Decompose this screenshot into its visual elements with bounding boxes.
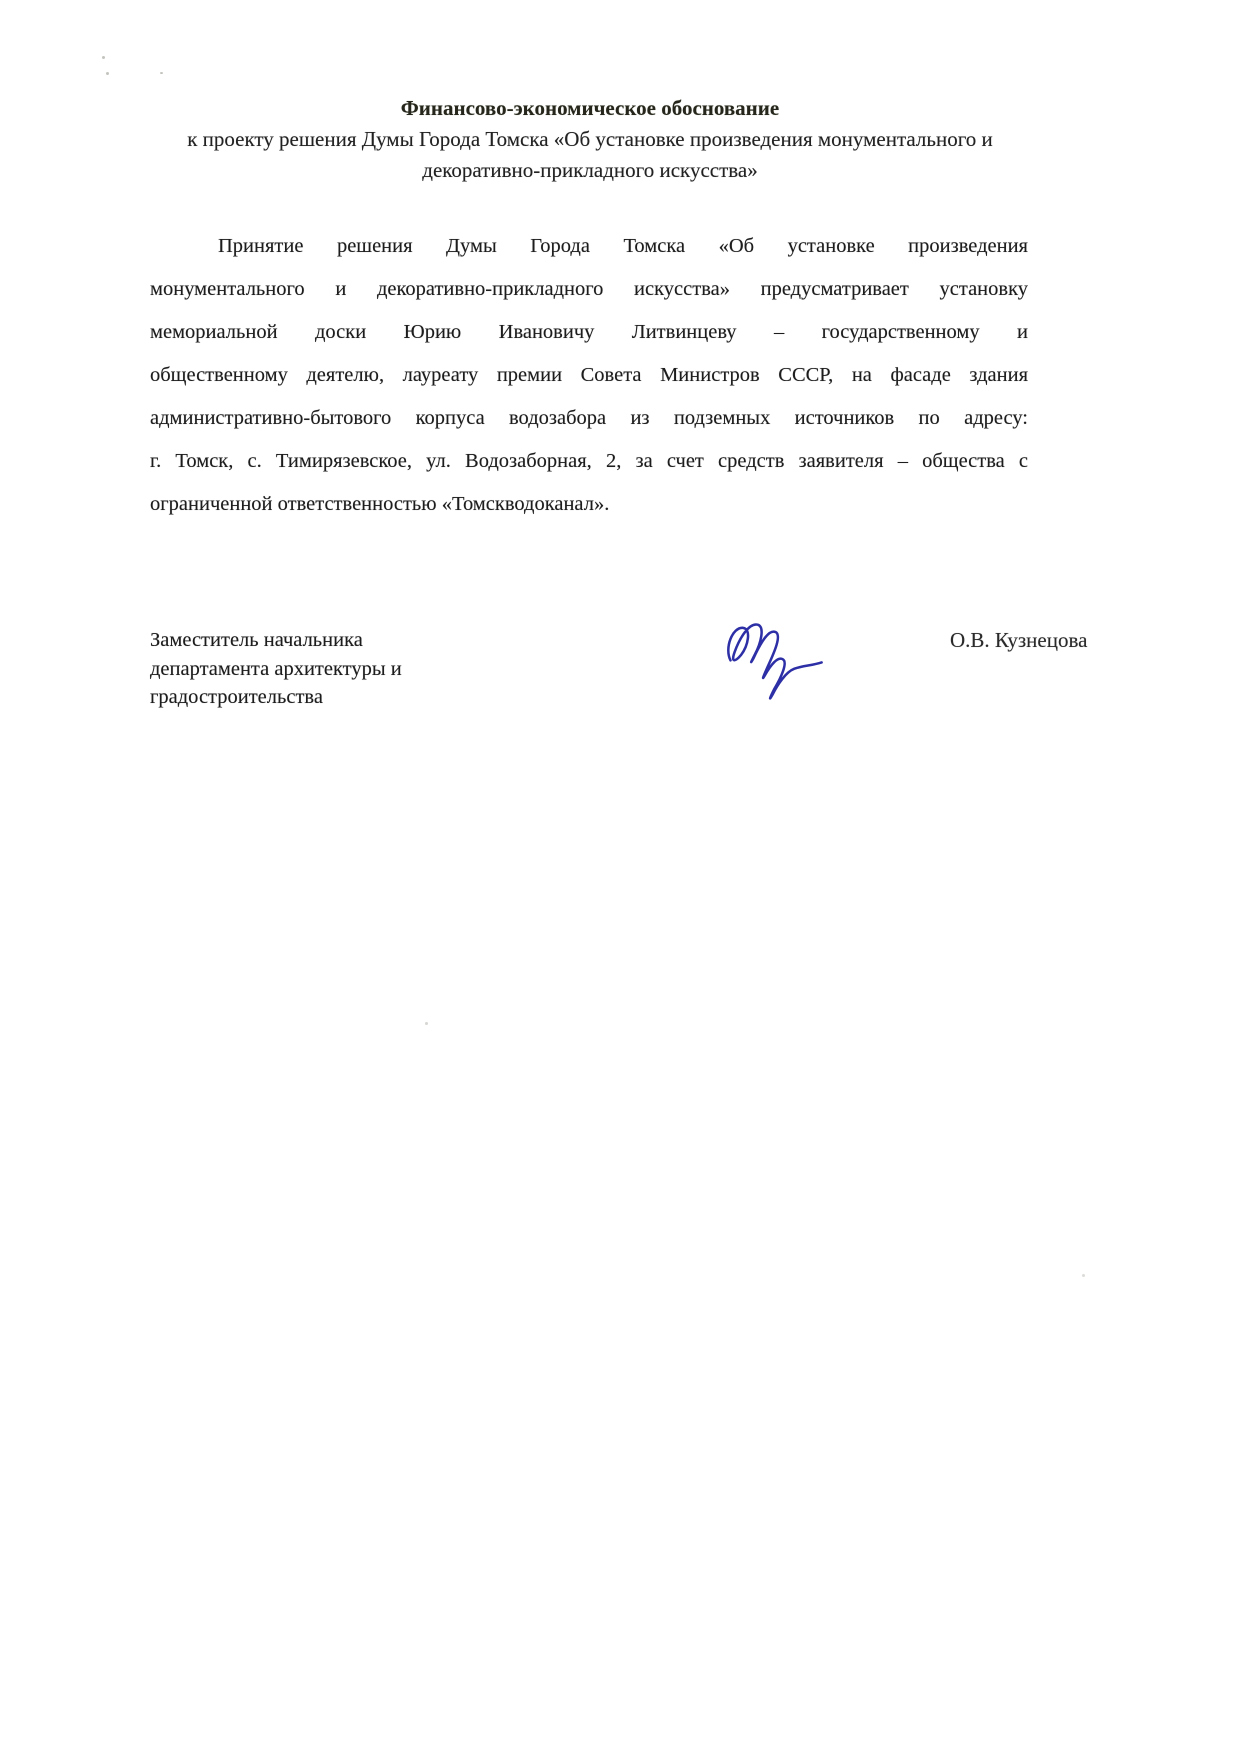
scan-speck	[1082, 1274, 1085, 1277]
document-title: Финансово-экономическое обоснование	[150, 92, 1030, 124]
document-title-block: Финансово-экономическое обоснование к пр…	[150, 92, 1030, 186]
paragraph-line: мемориальной доски Юрию Ивановичу Литвин…	[150, 311, 1028, 354]
signer-position-line-3: градостроительства	[150, 683, 490, 712]
paragraph-line: г. Томск, с. Тимирязевское, ул. Водозабо…	[150, 440, 1028, 483]
signer-name: О.В. Кузнецова	[950, 626, 1087, 654]
document-subtitle-line-1: к проекту решения Думы Города Томска «Об…	[150, 124, 1030, 155]
paragraph-line: Принятие решения Думы Города Томска «Об …	[150, 225, 1028, 268]
paragraph-line: монументального и декоративно-прикладног…	[150, 268, 1028, 311]
scanned-document-page: Финансово-экономическое обоснование к пр…	[0, 0, 1240, 1753]
body-paragraph: Принятие решения Думы Города Томска «Об …	[150, 225, 1028, 526]
handwritten-signature-icon	[720, 614, 830, 714]
paragraph-line: общественному деятелю, лауреату премии С…	[150, 354, 1028, 397]
scan-speck	[106, 72, 109, 75]
scan-speck	[425, 1022, 428, 1025]
scan-speck	[160, 72, 163, 74]
paragraph-line: административно-бытового корпуса водозаб…	[150, 397, 1028, 440]
paragraph-line: ограниченной ответственностью «Томскводо…	[150, 483, 1028, 526]
document-subtitle-line-2: декоративно-прикладного искусства»	[150, 155, 1030, 186]
signature-ink-stroke	[728, 625, 821, 699]
scan-speck	[102, 56, 105, 59]
signer-position-title: Заместитель начальника департамента архи…	[150, 626, 490, 712]
signer-position-line-1: Заместитель начальника	[150, 626, 490, 655]
signer-position-line-2: департамента архитектуры и	[150, 655, 490, 684]
